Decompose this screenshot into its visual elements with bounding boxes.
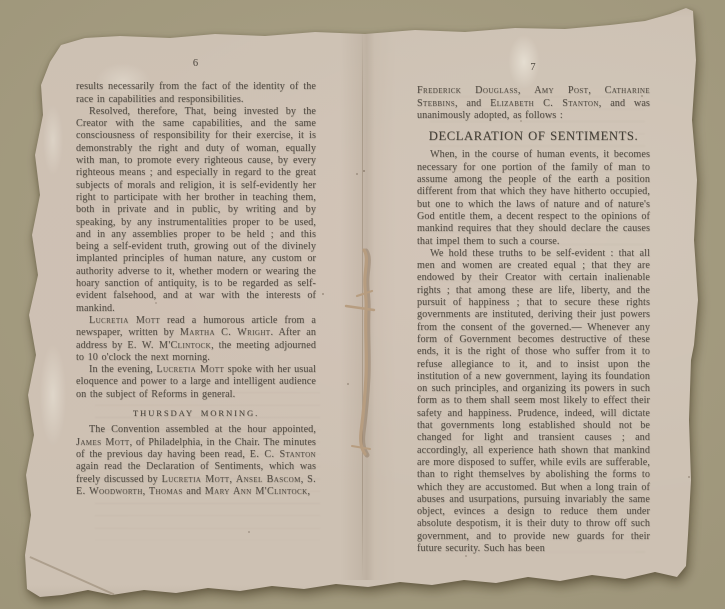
small-caps-name: Martha C. Wright bbox=[180, 327, 271, 338]
text-run: Resolved, therefore, That, being investe… bbox=[76, 106, 316, 314]
text-run: The Convention assembled at the hour app… bbox=[89, 424, 316, 435]
paper-stain bbox=[40, 95, 66, 185]
paragraph-evening-session: In the evening, Lucretia Mott spoke with… bbox=[76, 364, 316, 401]
text-run: In the evening, bbox=[89, 364, 156, 375]
text-run: and bbox=[183, 486, 205, 497]
page-7-text: Frederick Douglass, Amy Post, Catharine … bbox=[417, 85, 650, 555]
paper-sheet: 6 results necessarily from the fact of t… bbox=[0, 0, 725, 609]
page-6: 6 results necessarily from the fact of t… bbox=[76, 58, 316, 498]
small-caps-name: Elizabeth C. Stanton bbox=[490, 98, 599, 109]
paper-stain bbox=[36, 330, 70, 460]
pamphlet-spread: 6 results necessarily from the fact of t… bbox=[0, 0, 725, 609]
text-run: , bbox=[588, 85, 604, 96]
paragraph-resolved: Resolved, therefore, That, being investe… bbox=[76, 106, 316, 315]
paper-specks bbox=[0, 0, 2, 2]
small-caps-name: Lucretia Mott bbox=[162, 474, 230, 485]
small-caps-name: Frederick Douglass bbox=[417, 85, 518, 96]
paragraph-mott-article: Lucretia Mott read a humorous article fr… bbox=[76, 315, 316, 364]
page-number-left: 6 bbox=[76, 58, 316, 70]
text-run: THURSDAY MORNING. bbox=[133, 408, 259, 418]
page-7: 7 Frederick Douglass, Amy Post, Catharin… bbox=[417, 62, 650, 555]
text-run: , bbox=[518, 85, 534, 96]
small-caps-name: Mary Ann M'Clintock bbox=[205, 486, 308, 497]
small-caps-name: James Mott bbox=[76, 437, 130, 448]
text-run: results necessarily from the fact of the… bbox=[76, 81, 316, 104]
page-6-text: results necessarily from the fact of the… bbox=[76, 81, 316, 498]
small-caps-name: Lucretia Mott bbox=[89, 315, 160, 326]
paragraph-we-hold-these-truths: We hold these truths to be self-evident … bbox=[417, 248, 650, 555]
text-run: We hold these truths to be self-evident … bbox=[417, 248, 650, 554]
text-run: , and bbox=[455, 98, 490, 109]
text-run: DECLARATION OF SENTIMENTS. bbox=[429, 129, 638, 143]
paragraph-when-in-the-course: When, in the course of human events, it … bbox=[417, 149, 650, 247]
paragraph-thursday-convention: The Convention assembled at the hour app… bbox=[76, 424, 316, 498]
small-caps-name: Ansel Bascom bbox=[236, 474, 301, 485]
small-caps-name: Lucretia Mott bbox=[156, 364, 224, 375]
small-caps-name: E. C. Stanton bbox=[250, 449, 316, 460]
small-caps-name: Thomas bbox=[149, 486, 183, 497]
binding-thread bbox=[344, 246, 380, 458]
small-caps-name: Amy Post bbox=[534, 85, 588, 96]
photo-background: 6 results necessarily from the fact of t… bbox=[0, 0, 725, 609]
corner-crease bbox=[30, 556, 115, 595]
paragraph-continued-resolution: results necessarily from the fact of the… bbox=[76, 81, 316, 106]
text-run: , bbox=[308, 486, 311, 497]
heading-declaration-of-sentiments: DECLARATION OF SENTIMENTS. bbox=[417, 130, 650, 142]
text-run: When, in the course of human events, it … bbox=[417, 149, 650, 246]
paragraph-adoption: Frederick Douglass, Amy Post, Catharine … bbox=[417, 85, 650, 122]
heading-thursday-morning: THURSDAY MORNING. bbox=[76, 407, 316, 419]
small-caps-name: E. W. M'Clintock bbox=[127, 340, 211, 351]
page-number-right: 7 bbox=[417, 62, 650, 74]
